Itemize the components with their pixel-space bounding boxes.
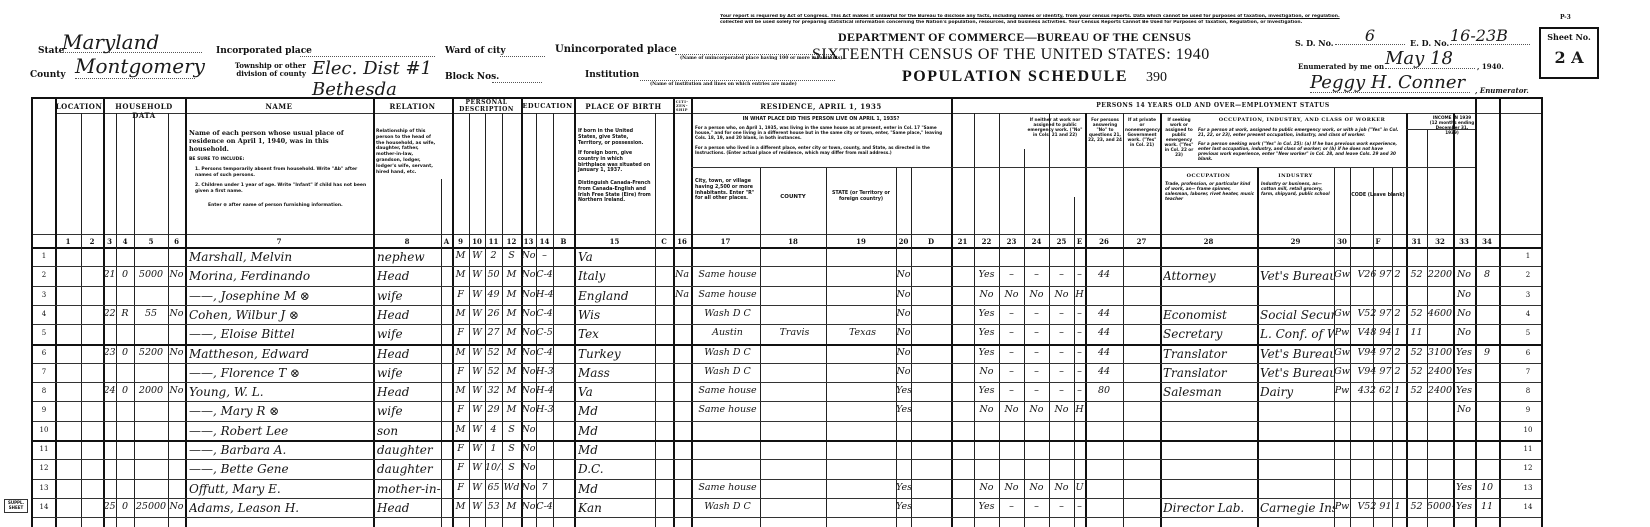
cell-industry[interactable]: Vet's Bureau xyxy=(1260,366,1334,382)
cell-age[interactable]: 29 xyxy=(485,404,502,420)
cell-school[interactable]: No xyxy=(521,424,536,440)
cell-grade[interactable] xyxy=(536,424,553,440)
cell-cls[interactable]: Gw xyxy=(1334,269,1350,285)
cell-c21[interactable] xyxy=(974,462,999,478)
cell-industry[interactable] xyxy=(1260,289,1334,305)
cell-res-farm[interactable]: No xyxy=(896,289,911,305)
cell-cls[interactable] xyxy=(1334,289,1350,305)
cell-sex[interactable]: M xyxy=(452,250,469,266)
cell-c27[interactable] xyxy=(1123,250,1160,266)
cell-res-city[interactable]: Wash D C xyxy=(695,501,760,517)
cell-res-farm[interactable]: No xyxy=(896,308,911,324)
cell-c27[interactable] xyxy=(1123,289,1160,305)
cell-c21[interactable]: Yes xyxy=(974,385,999,401)
cell-sex[interactable]: M xyxy=(452,385,469,401)
cell-c24[interactable]: – xyxy=(1049,347,1074,363)
cell-industry[interactable]: L. Conf. of Women xyxy=(1260,327,1334,343)
cell-school[interactable]: No xyxy=(521,443,536,459)
cell-race[interactable]: W xyxy=(469,289,485,305)
cell-grade[interactable]: H-4 xyxy=(536,385,553,401)
cell-c22[interactable]: No xyxy=(999,482,1024,498)
cell-dwelling[interactable] xyxy=(103,424,116,440)
cell-c22[interactable]: – xyxy=(999,308,1024,324)
cell-age[interactable]: 52 xyxy=(485,366,502,382)
cell-res-county[interactable] xyxy=(763,289,826,305)
cell-citizen[interactable] xyxy=(673,443,691,459)
cell-occupation[interactable] xyxy=(1163,462,1257,478)
cell-relation[interactable]: Head xyxy=(377,308,441,324)
cell-c25[interactable]: H xyxy=(1074,404,1085,420)
cell-c32[interactable]: 2400 xyxy=(1427,385,1453,401)
cell-code-f[interactable] xyxy=(1352,424,1406,440)
cell-occupation[interactable] xyxy=(1163,250,1257,266)
cell-value[interactable]: 5200 xyxy=(134,347,168,363)
cell-c23[interactable] xyxy=(1024,424,1049,440)
cell-value[interactable]: 55 xyxy=(134,308,168,324)
cell-household[interactable]: R xyxy=(116,308,134,324)
sd-field[interactable]: 6 xyxy=(1335,26,1405,45)
cell-c25[interactable] xyxy=(1074,250,1085,266)
cell-res-county[interactable] xyxy=(763,366,826,382)
cell-c31[interactable] xyxy=(1406,404,1427,420)
cell-marital[interactable]: M xyxy=(502,347,521,363)
cell-marital[interactable]: S xyxy=(502,443,521,459)
cell-school[interactable]: No xyxy=(521,289,536,305)
cell-c23[interactable] xyxy=(1024,250,1049,266)
cell-c32[interactable]: 2400 xyxy=(1427,366,1453,382)
cell-marital[interactable]: M xyxy=(502,404,521,420)
cell-res-city[interactable]: Wash D C xyxy=(695,366,760,382)
cell-sex[interactable]: M xyxy=(452,269,469,285)
enumerated-date-field[interactable]: May 18 xyxy=(1385,48,1475,69)
cell-marital[interactable]: M xyxy=(502,269,521,285)
cell-farm[interactable] xyxy=(168,482,185,498)
cell-relation[interactable]: nephew xyxy=(377,250,441,266)
cell-household[interactable]: 0 xyxy=(116,347,134,363)
cell-name[interactable]: Morina, Ferdinando xyxy=(189,269,373,285)
cell-school[interactable]: No xyxy=(521,347,536,363)
cell-age[interactable]: 50 xyxy=(485,269,502,285)
cell-age[interactable]: 52 xyxy=(485,347,502,363)
cell-code-f[interactable]: V52 91 1 xyxy=(1352,501,1406,517)
cell-age[interactable]: 2 xyxy=(485,250,502,266)
cell-c31[interactable] xyxy=(1406,462,1427,478)
cell-birthplace[interactable]: D.C. xyxy=(578,462,655,478)
cell-c32[interactable]: 3100 xyxy=(1427,347,1453,363)
cell-c34[interactable] xyxy=(1475,424,1499,440)
cell-value[interactable] xyxy=(134,462,168,478)
cell-c24[interactable]: – xyxy=(1049,366,1074,382)
cell-household[interactable] xyxy=(116,289,134,305)
cell-c25[interactable] xyxy=(1074,443,1085,459)
cell-sex[interactable]: F xyxy=(452,289,469,305)
cell-c25[interactable] xyxy=(1074,462,1085,478)
cell-marital[interactable]: M xyxy=(502,308,521,324)
cell-c24[interactable]: No xyxy=(1049,482,1074,498)
cell-c27[interactable] xyxy=(1123,482,1160,498)
cell-c34[interactable] xyxy=(1475,308,1499,324)
cell-c26[interactable] xyxy=(1085,250,1123,266)
cell-res-farm[interactable] xyxy=(896,462,911,478)
cell-c32[interactable] xyxy=(1427,424,1453,440)
cell-citizen[interactable] xyxy=(673,385,691,401)
cell-c31[interactable]: 52 xyxy=(1406,308,1427,324)
cell-school[interactable]: No xyxy=(521,250,536,266)
cell-cls[interactable]: Gw xyxy=(1334,308,1350,324)
cell-dwelling[interactable] xyxy=(103,404,116,420)
cell-c24[interactable] xyxy=(1049,250,1074,266)
cell-c34[interactable]: 9 xyxy=(1475,347,1499,363)
cell-c27[interactable] xyxy=(1123,501,1160,517)
cell-res-state[interactable] xyxy=(829,308,896,324)
cell-c21[interactable]: Yes xyxy=(974,308,999,324)
cell-citizen[interactable] xyxy=(673,404,691,420)
cell-sex[interactable]: F xyxy=(452,482,469,498)
cell-citizen[interactable] xyxy=(673,250,691,266)
cell-res-county[interactable] xyxy=(763,424,826,440)
cell-res-state[interactable] xyxy=(829,424,896,440)
cell-value[interactable] xyxy=(134,250,168,266)
cell-c31[interactable] xyxy=(1406,482,1427,498)
cell-birthplace[interactable]: Italy xyxy=(578,269,655,285)
cell-c31[interactable]: 52 xyxy=(1406,347,1427,363)
cell-name[interactable]: Young, W. L. xyxy=(189,385,373,401)
cell-c25[interactable]: – xyxy=(1074,347,1085,363)
cell-farm[interactable] xyxy=(168,424,185,440)
cell-c24[interactable]: No xyxy=(1049,289,1074,305)
cell-c26[interactable] xyxy=(1085,424,1123,440)
cell-cls[interactable] xyxy=(1334,424,1350,440)
cell-c21[interactable]: Yes xyxy=(974,501,999,517)
cell-grade[interactable]: C-4 xyxy=(536,308,553,324)
cell-c21[interactable] xyxy=(974,250,999,266)
cell-citizen[interactable]: Na xyxy=(673,269,691,285)
cell-code-f[interactable]: V26 97 2 xyxy=(1352,269,1406,285)
cell-industry[interactable]: Carnegie Inst. xyxy=(1260,501,1334,517)
cell-res-state[interactable] xyxy=(829,269,896,285)
cell-c27[interactable] xyxy=(1123,308,1160,324)
cell-c25[interactable]: – xyxy=(1074,501,1085,517)
cell-relation[interactable]: Head xyxy=(377,501,441,517)
cell-cls[interactable]: Gw xyxy=(1334,347,1350,363)
cell-c22[interactable]: No xyxy=(999,404,1024,420)
cell-c34[interactable] xyxy=(1475,443,1499,459)
cell-marital[interactable]: M xyxy=(502,385,521,401)
cell-value[interactable] xyxy=(134,424,168,440)
cell-birthplace[interactable]: Mass xyxy=(578,366,655,382)
cell-res-state[interactable] xyxy=(829,250,896,266)
cell-household[interactable] xyxy=(116,424,134,440)
cell-citizen[interactable] xyxy=(673,327,691,343)
cell-birthplace[interactable]: Md xyxy=(578,404,655,420)
cell-c27[interactable] xyxy=(1123,366,1160,382)
cell-c21[interactable]: No xyxy=(974,482,999,498)
cell-relation[interactable]: daughter xyxy=(377,462,441,478)
cell-race[interactable]: W xyxy=(469,385,485,401)
cell-c33[interactable]: Yes xyxy=(1453,366,1475,382)
cell-grade[interactable]: – xyxy=(536,250,553,266)
cell-age[interactable]: 32 xyxy=(485,385,502,401)
cell-res-city[interactable]: Same house xyxy=(695,482,760,498)
cell-cls[interactable] xyxy=(1334,250,1350,266)
cell-c26[interactable]: 44 xyxy=(1085,347,1123,363)
cell-res-city[interactable]: Same house xyxy=(695,404,760,420)
cell-res-farm[interactable]: Yes xyxy=(896,404,911,420)
cell-res-state[interactable]: Texas xyxy=(829,327,896,343)
cell-cls[interactable]: Pw xyxy=(1334,501,1350,517)
cell-dwelling[interactable] xyxy=(103,482,116,498)
cell-sex[interactable]: F xyxy=(452,327,469,343)
cell-relation[interactable]: wife xyxy=(377,289,441,305)
cell-relation[interactable]: son xyxy=(377,424,441,440)
cell-dwelling[interactable]: 22 xyxy=(103,308,116,324)
cell-farm[interactable] xyxy=(168,289,185,305)
cell-race[interactable]: W xyxy=(469,501,485,517)
cell-c22[interactable]: No xyxy=(999,289,1024,305)
cell-farm[interactable] xyxy=(168,462,185,478)
cell-c21[interactable] xyxy=(974,443,999,459)
cell-c26[interactable] xyxy=(1085,404,1123,420)
cell-res-county[interactable] xyxy=(763,462,826,478)
cell-name[interactable]: ——, Bette Gene xyxy=(189,462,373,478)
cell-c22[interactable]: – xyxy=(999,385,1024,401)
cell-school[interactable]: No xyxy=(521,404,536,420)
incorporated-place-field[interactable] xyxy=(300,46,435,57)
cell-occupation[interactable]: Translator xyxy=(1163,366,1257,382)
cell-c31[interactable]: 11 xyxy=(1406,327,1427,343)
cell-grade[interactable]: C-4 xyxy=(536,347,553,363)
cell-c22[interactable] xyxy=(999,462,1024,478)
cell-c34[interactable] xyxy=(1475,289,1499,305)
cell-c22[interactable]: – xyxy=(999,269,1024,285)
cell-marital[interactable]: S xyxy=(502,250,521,266)
cell-c23[interactable]: – xyxy=(1024,501,1049,517)
cell-cls[interactable]: Pw xyxy=(1334,327,1350,343)
cell-c31[interactable]: 52 xyxy=(1406,501,1427,517)
cell-c33[interactable]: Yes xyxy=(1453,501,1475,517)
cell-c33[interactable]: No xyxy=(1453,327,1475,343)
cell-birthplace[interactable]: Tex xyxy=(578,327,655,343)
cell-relation[interactable]: Head xyxy=(377,385,441,401)
cell-citizen[interactable] xyxy=(673,308,691,324)
cell-c26[interactable] xyxy=(1085,443,1123,459)
cell-dwelling[interactable]: 25 xyxy=(103,501,116,517)
cell-res-state[interactable] xyxy=(829,347,896,363)
cell-name[interactable]: ——, Eloise Bittel xyxy=(189,327,373,343)
cell-c31[interactable]: 52 xyxy=(1406,385,1427,401)
cell-household[interactable] xyxy=(116,327,134,343)
cell-c27[interactable] xyxy=(1123,404,1160,420)
cell-relation[interactable]: wife xyxy=(377,366,441,382)
cell-industry[interactable]: Social Security xyxy=(1260,308,1334,324)
block-field[interactable] xyxy=(492,72,542,83)
cell-age[interactable]: 10/12 xyxy=(485,462,502,478)
cell-age[interactable]: 65 xyxy=(485,482,502,498)
cell-race[interactable]: W xyxy=(469,404,485,420)
cell-industry[interactable]: Dairy xyxy=(1260,385,1334,401)
cell-birthplace[interactable]: Va xyxy=(578,250,655,266)
cell-res-farm[interactable]: No xyxy=(896,269,911,285)
cell-res-county[interactable] xyxy=(763,385,826,401)
cell-birthplace[interactable]: Md xyxy=(578,482,655,498)
cell-c23[interactable]: – xyxy=(1024,385,1049,401)
cell-industry[interactable] xyxy=(1260,443,1334,459)
cell-c23[interactable]: No xyxy=(1024,404,1049,420)
cell-code-f[interactable]: V52 97 2 xyxy=(1352,308,1406,324)
cell-res-county[interactable] xyxy=(763,347,826,363)
cell-relation[interactable]: wife xyxy=(377,404,441,420)
cell-farm[interactable] xyxy=(168,366,185,382)
cell-c31[interactable] xyxy=(1406,443,1427,459)
cell-res-city[interactable]: Austin xyxy=(695,327,760,343)
cell-marital[interactable]: M xyxy=(502,366,521,382)
cell-code-f[interactable] xyxy=(1352,443,1406,459)
cell-sex[interactable]: M xyxy=(452,308,469,324)
cell-res-city[interactable]: Same house xyxy=(695,385,760,401)
cell-c34[interactable] xyxy=(1475,250,1499,266)
cell-marital[interactable]: S xyxy=(502,462,521,478)
cell-c24[interactable]: – xyxy=(1049,385,1074,401)
cell-birthplace[interactable]: Md xyxy=(578,424,655,440)
cell-c26[interactable]: 44 xyxy=(1085,327,1123,343)
cell-occupation[interactable]: Economist xyxy=(1163,308,1257,324)
cell-c23[interactable]: – xyxy=(1024,327,1049,343)
cell-c27[interactable] xyxy=(1123,385,1160,401)
cell-c34[interactable] xyxy=(1475,327,1499,343)
cell-occupation[interactable]: Translator xyxy=(1163,347,1257,363)
cell-res-farm[interactable]: Yes xyxy=(896,482,911,498)
cell-c23[interactable] xyxy=(1024,443,1049,459)
cell-c25[interactable]: – xyxy=(1074,308,1085,324)
cell-dwelling[interactable] xyxy=(103,250,116,266)
county-field[interactable]: Montgomery xyxy=(75,54,195,79)
cell-res-farm[interactable] xyxy=(896,424,911,440)
cell-age[interactable]: 53 xyxy=(485,501,502,517)
cell-c21[interactable]: No xyxy=(974,366,999,382)
cell-sex[interactable]: F xyxy=(452,462,469,478)
cell-c24[interactable] xyxy=(1049,462,1074,478)
cell-name[interactable]: Marshall, Melvin xyxy=(189,250,373,266)
cell-age[interactable]: 27 xyxy=(485,327,502,343)
cell-c27[interactable] xyxy=(1123,424,1160,440)
cell-sex[interactable]: M xyxy=(452,501,469,517)
cell-c31[interactable] xyxy=(1406,289,1427,305)
cell-c26[interactable] xyxy=(1085,501,1123,517)
cell-c24[interactable] xyxy=(1049,424,1074,440)
cell-c33[interactable]: Yes xyxy=(1453,385,1475,401)
cell-c33[interactable] xyxy=(1453,462,1475,478)
cell-c34[interactable] xyxy=(1475,385,1499,401)
cell-res-farm[interactable] xyxy=(896,250,911,266)
cell-birthplace[interactable]: Md xyxy=(578,443,655,459)
cell-age[interactable]: 49 xyxy=(485,289,502,305)
cell-industry[interactable] xyxy=(1260,424,1334,440)
cell-value[interactable] xyxy=(134,404,168,420)
state-field[interactable]: Maryland xyxy=(62,30,202,53)
cell-c32[interactable]: 5000+ xyxy=(1427,501,1453,517)
cell-occupation[interactable] xyxy=(1163,289,1257,305)
cell-c24[interactable]: – xyxy=(1049,269,1074,285)
cell-citizen[interactable] xyxy=(673,462,691,478)
cell-household[interactable] xyxy=(116,482,134,498)
cell-res-farm[interactable] xyxy=(896,443,911,459)
cell-occupation[interactable] xyxy=(1163,404,1257,420)
cell-household[interactable]: 0 xyxy=(116,269,134,285)
cell-res-farm[interactable]: No xyxy=(896,366,911,382)
cell-value[interactable] xyxy=(134,327,168,343)
cell-citizen[interactable] xyxy=(673,366,691,382)
cell-c33[interactable]: Yes xyxy=(1453,347,1475,363)
cell-farm[interactable] xyxy=(168,443,185,459)
cell-c25[interactable]: U xyxy=(1074,482,1085,498)
cell-farm[interactable]: No xyxy=(168,501,185,517)
cell-grade[interactable]: H-4 xyxy=(536,289,553,305)
cell-c22[interactable]: – xyxy=(999,366,1024,382)
cell-res-farm[interactable]: No xyxy=(896,347,911,363)
cell-c32[interactable] xyxy=(1427,404,1453,420)
cell-c25[interactable]: H xyxy=(1074,289,1085,305)
cell-marital[interactable]: M xyxy=(502,327,521,343)
cell-res-state[interactable] xyxy=(829,366,896,382)
cell-c26[interactable]: 44 xyxy=(1085,366,1123,382)
cell-grade[interactable]: 7 xyxy=(536,482,553,498)
cell-c33[interactable]: No xyxy=(1453,308,1475,324)
cell-c23[interactable]: No xyxy=(1024,289,1049,305)
cell-code-f[interactable] xyxy=(1352,482,1406,498)
cell-dwelling[interactable] xyxy=(103,327,116,343)
cell-res-city[interactable] xyxy=(695,462,760,478)
cell-value[interactable] xyxy=(134,366,168,382)
cell-c23[interactable]: – xyxy=(1024,269,1049,285)
cell-occupation[interactable] xyxy=(1163,443,1257,459)
cell-household[interactable] xyxy=(116,404,134,420)
cell-c26[interactable] xyxy=(1085,462,1123,478)
cell-sex[interactable]: M xyxy=(452,424,469,440)
cell-age[interactable]: 4 xyxy=(485,424,502,440)
cell-occupation[interactable]: Secretary xyxy=(1163,327,1257,343)
cell-code-f[interactable] xyxy=(1352,250,1406,266)
cell-code-f[interactable]: V94 97 2 xyxy=(1352,366,1406,382)
cell-c26[interactable] xyxy=(1085,289,1123,305)
cell-res-city[interactable] xyxy=(695,250,760,266)
cell-c22[interactable] xyxy=(999,443,1024,459)
cell-household[interactable]: 0 xyxy=(116,385,134,401)
cell-name[interactable]: Cohen, Wilbur J ⊗ xyxy=(189,308,373,324)
cell-c32[interactable] xyxy=(1427,443,1453,459)
cell-c34[interactable] xyxy=(1475,366,1499,382)
cell-household[interactable] xyxy=(116,366,134,382)
cell-c34[interactable] xyxy=(1475,462,1499,478)
cell-c23[interactable]: – xyxy=(1024,366,1049,382)
cell-res-farm[interactable]: Yes xyxy=(896,501,911,517)
cell-citizen[interactable]: Na xyxy=(673,289,691,305)
cell-relation[interactable]: mother-in-law xyxy=(377,482,441,498)
cell-dwelling[interactable] xyxy=(103,462,116,478)
cell-grade[interactable]: C-4 xyxy=(536,501,553,517)
cell-name[interactable]: Offutt, Mary E. xyxy=(189,482,373,498)
cell-occupation[interactable]: Attorney xyxy=(1163,269,1257,285)
cell-c22[interactable]: – xyxy=(999,347,1024,363)
cell-c27[interactable] xyxy=(1123,443,1160,459)
cell-grade[interactable] xyxy=(536,443,553,459)
cell-c32[interactable] xyxy=(1427,327,1453,343)
cell-marital[interactable]: M xyxy=(502,289,521,305)
cell-citizen[interactable] xyxy=(673,501,691,517)
cell-race[interactable]: W xyxy=(469,347,485,363)
cell-value[interactable] xyxy=(134,289,168,305)
cell-res-state[interactable] xyxy=(829,404,896,420)
cell-race[interactable]: W xyxy=(469,250,485,266)
